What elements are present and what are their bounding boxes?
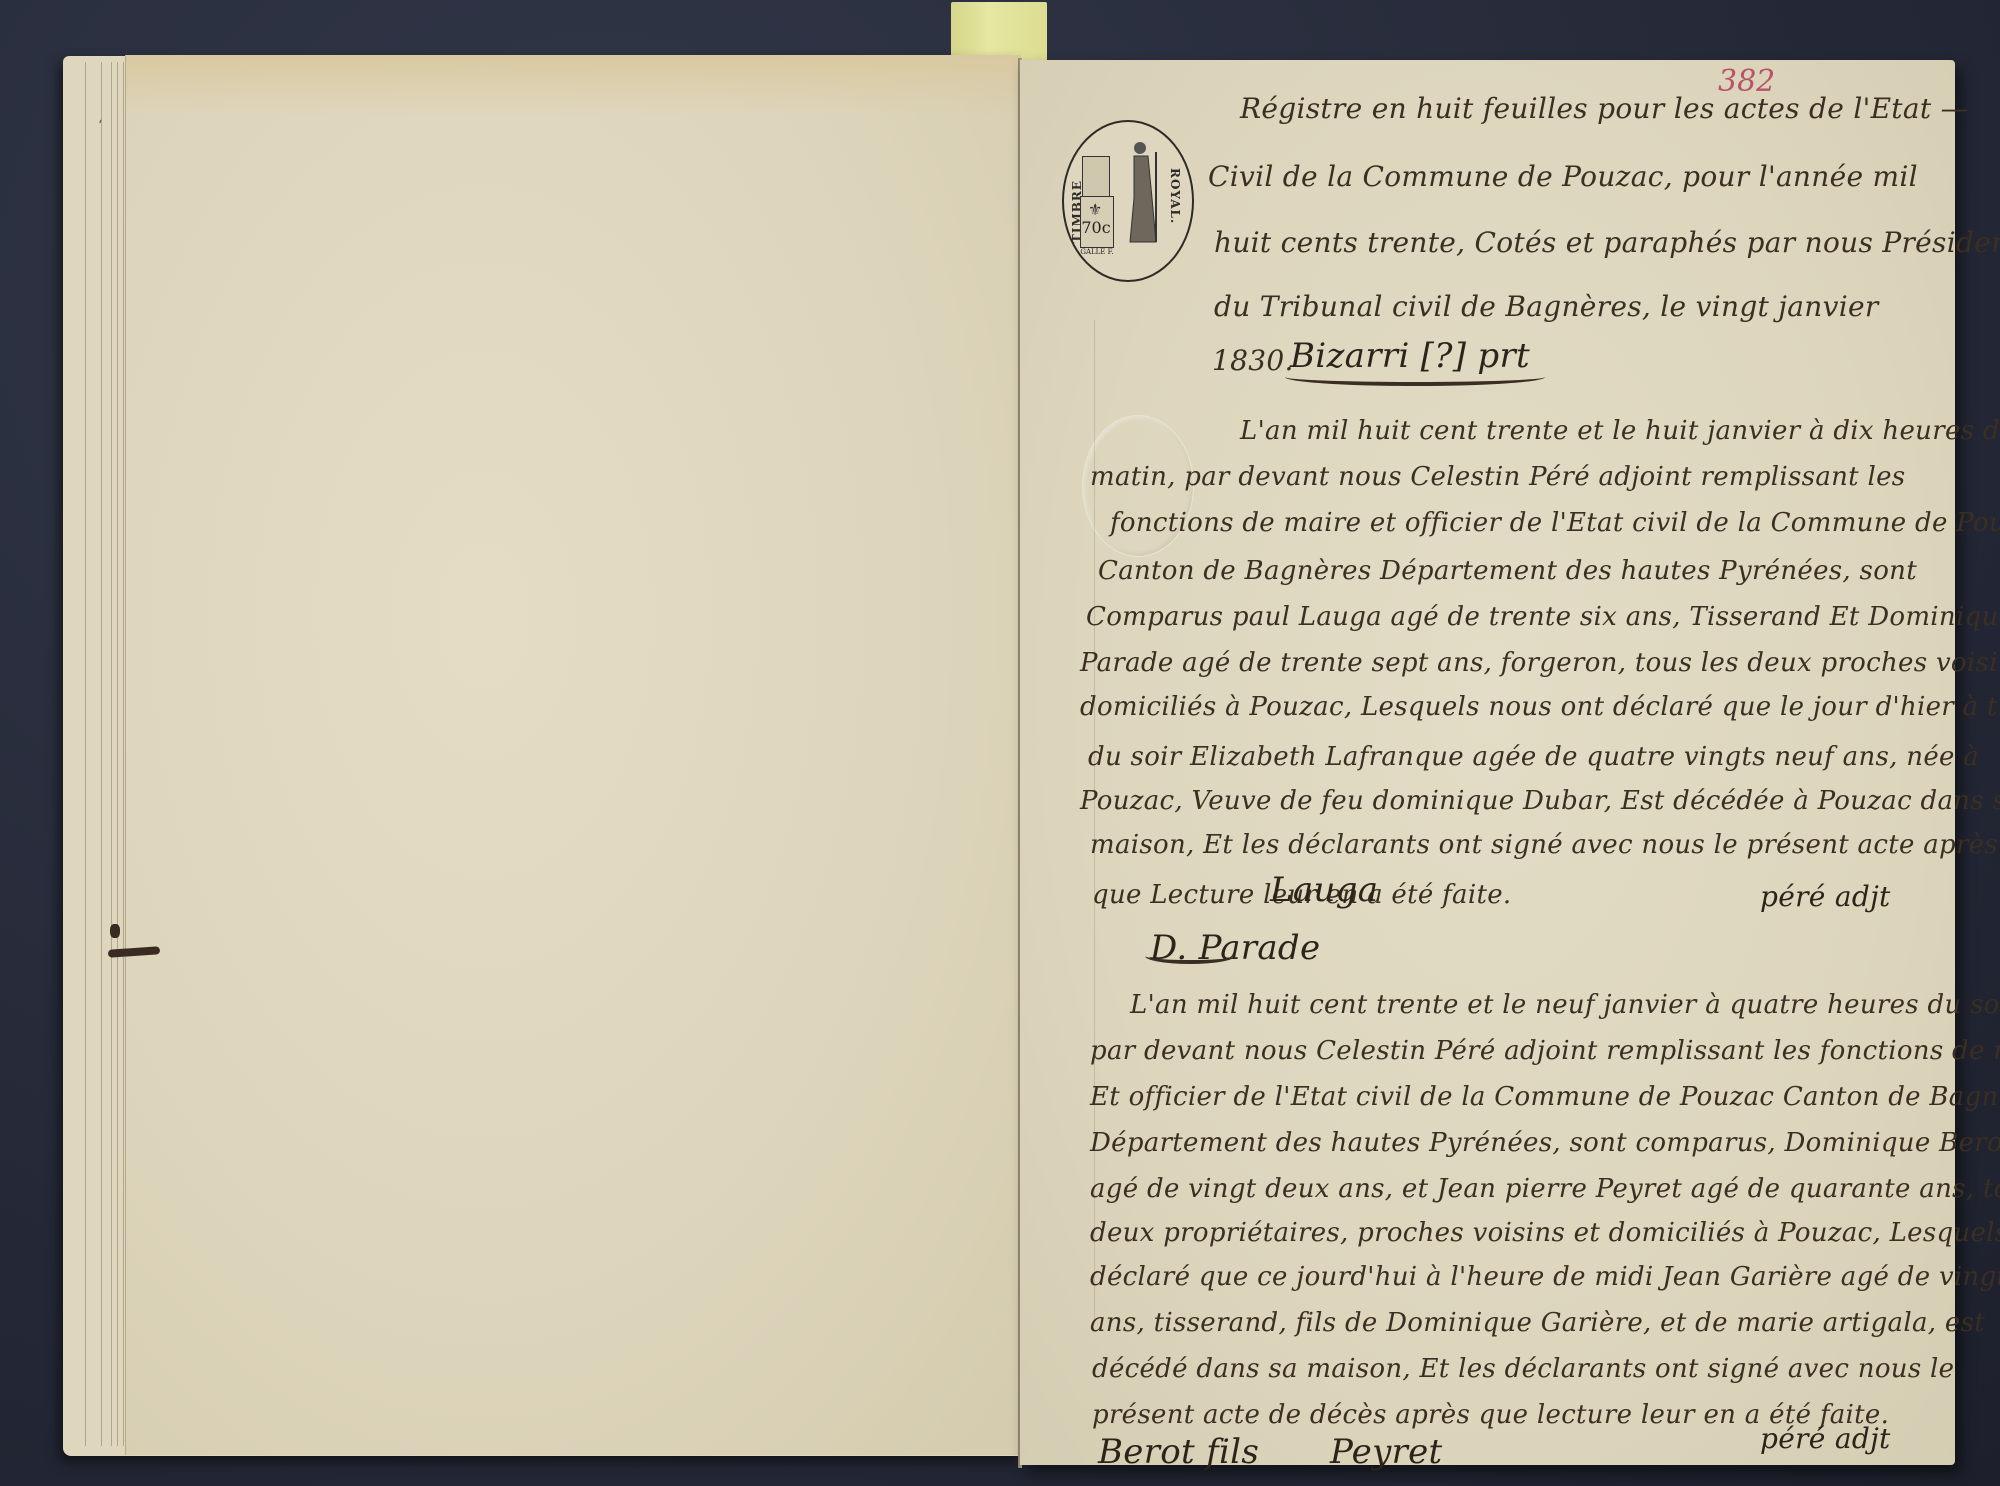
act2-line-2: par devant nous Celestin Péré adjoint re…: [1090, 1036, 2000, 1066]
pencil-mark: ʻ: [98, 118, 102, 134]
act1-line-9: Pouzac, Veuve de feu dominique Dubar, Es…: [1080, 786, 2000, 816]
act1-line-8: du soir Elizabeth Lafranque agée de quat…: [1088, 742, 1979, 772]
act2-line-3: Et officier de l'Etat civil de la Commun…: [1090, 1082, 2000, 1112]
act2-line-6: deux propriétaires, proches voisins et d…: [1090, 1218, 2000, 1248]
signature-berot: Berot fils: [1098, 1432, 1259, 1472]
act2-line-4: Département des hautes Pyrénées, sont co…: [1090, 1128, 2000, 1158]
act1-line-2: matin, par devant nous Celestin Péré adj…: [1090, 462, 1905, 492]
header-line-4: du Tribunal civil de Bagnères, le vingt …: [1214, 290, 1879, 323]
signature-flourish: [1285, 368, 1545, 386]
stamp-tablet-icon: [1082, 156, 1110, 198]
timbre-royal-stamp: TIMBRE ROYAL. ⚜ 70c GALLE F.: [1062, 120, 1194, 282]
fleur-de-lis-icon: ⚜: [1088, 200, 1102, 219]
header-line-2: Civil de la Commune de Pouzac, pour l'an…: [1208, 160, 1918, 193]
signature-lauga: Lauga: [1270, 870, 1378, 910]
left-page-blank: [125, 55, 1021, 1455]
signature-pere-adjoint-1: péré adjt: [1760, 880, 1891, 913]
allegorical-figure-icon: [1128, 138, 1162, 248]
signature-pere-adjoint-2: péré adjt: [1760, 1422, 1891, 1455]
act1-line-1: L'an mil huit cent trente et le huit jan…: [1240, 416, 2000, 446]
act1-line-5: Comparus paul Lauga agé de trente six an…: [1086, 602, 2000, 632]
act1-line-7: domiciliés à Pouzac, Lesquels nous ont d…: [1080, 692, 2000, 722]
act1-line-6: Parade agé de trente sept ans, forgeron,…: [1080, 648, 2000, 678]
act2-line-5: agé de vingt deux ans, et Jean pierre Pe…: [1090, 1174, 2000, 1204]
act2-line-8: ans, tisserand, fils de Dominique Garièr…: [1090, 1308, 1985, 1338]
header-line-1: Régistre en huit feuilles pour les actes…: [1240, 92, 1969, 125]
header-line-5: 1830.: [1212, 344, 1294, 377]
act2-line-9: décédé dans sa maison, Et les déclarants…: [1092, 1354, 1954, 1384]
stamp-price: 70c: [1080, 218, 1112, 237]
act1-line-4: Canton de Bagnères Département des haute…: [1098, 556, 1917, 586]
ink-blot: [110, 924, 120, 938]
act2-line-7: déclaré que ce jourd'hui à l'heure de mi…: [1090, 1262, 2000, 1292]
stamp-maker: GALLE F.: [1080, 248, 1114, 256]
act1-line-10: maison, Et les déclarants ont signé avec…: [1090, 830, 1998, 860]
act2-line-1: L'an mil huit cent trente et le neuf jan…: [1130, 990, 2000, 1020]
signature-peyret: Peyret: [1330, 1432, 1443, 1472]
act1-line-3: fonctions de maire et officier de l'Etat…: [1110, 508, 2000, 538]
header-line-3: huit cents trente, Cotés et paraphés par…: [1214, 226, 2000, 259]
stamp-text-royal: ROYAL.: [1168, 168, 1182, 224]
signature-flourish: [1145, 948, 1235, 964]
